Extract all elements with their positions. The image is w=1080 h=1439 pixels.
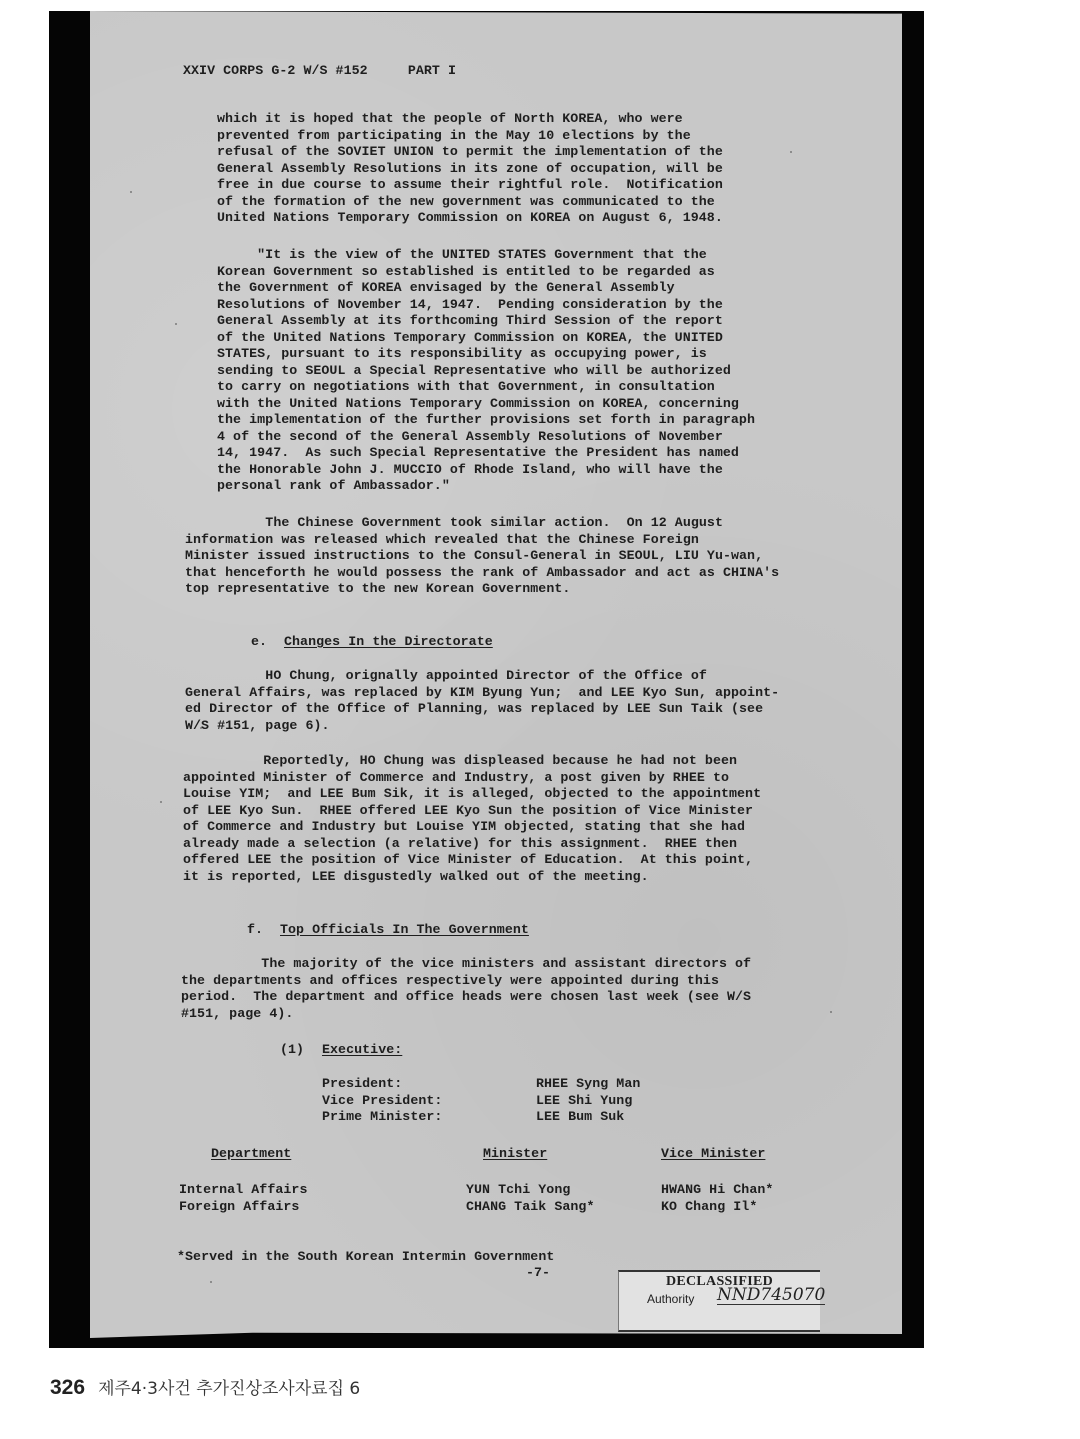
text-line: the departments and offices respectively… (181, 973, 719, 990)
text-line: "It is the view of the UNITED STATES Gov… (217, 247, 707, 264)
text-line: STATES, pursuant to its responsibility a… (217, 346, 707, 363)
text-line: #151, page 4). (181, 1006, 293, 1023)
text-line: W/S #151, page 6). (185, 718, 330, 735)
text-line: The Chinese Government took similar acti… (185, 515, 723, 532)
text-line: sending to SEOUL a Special Representativ… (217, 363, 731, 380)
text-line: the Government of KOREA envisaged by the… (217, 280, 675, 297)
executive-name: LEE Bum Suk (536, 1109, 624, 1126)
executive-role: President: (322, 1076, 402, 1093)
text-line: General Assembly at its forthcoming Thir… (217, 313, 723, 330)
text-line: which it is hoped that the people of Nor… (217, 111, 683, 128)
paper-speck (130, 191, 132, 193)
table-cell: KO Chang Il* (661, 1199, 757, 1216)
paper-speck (790, 151, 792, 153)
text-line: Reportedly, HO Chung was displeased beca… (183, 753, 737, 770)
book-footer: 326 제주4·3사건 추가진상조사자료집 6 (50, 1374, 360, 1400)
text-line: free in due course to assume their right… (217, 177, 723, 194)
text-line: of Commerce and Industry but Louise YIM … (183, 819, 745, 836)
table-header-minister: Minister (483, 1146, 547, 1163)
text-line: HO Chung, orignally appointed Director o… (185, 668, 707, 685)
text-line: to carry on negotiations with that Gover… (217, 379, 715, 396)
subsection-number: (1) (280, 1042, 304, 1059)
table-header-department: Department (211, 1146, 291, 1163)
document-page: XXIV CORPS G-2 W/S #152 PART I which it … (90, 11, 902, 1338)
text-line: of the formation of the new government w… (217, 194, 715, 211)
declassified-stamp: DECLASSIFIED Authority NND745070 (618, 1270, 820, 1332)
text-line: prevented from participating in the May … (217, 128, 691, 145)
paper-speck (210, 1281, 212, 1283)
text-line: appointed Minister of Commerce and Indus… (183, 770, 729, 787)
text-line: period. The department and office heads … (181, 989, 751, 1006)
subsection-heading: Executive: (322, 1042, 402, 1059)
text-line: refusal of the SOVIET UNION to permit th… (217, 144, 723, 161)
table-header-vice-minister: Vice Minister (661, 1146, 765, 1163)
text-line: 14, 1947. As such Special Representative… (217, 445, 739, 462)
text-line: Minister issued instructions to the Cons… (185, 548, 763, 565)
text-line: it is reported, LEE disgustedly walked o… (183, 869, 649, 886)
text-line: Resolutions of November 14, 1947. Pendin… (217, 297, 723, 314)
text-line: Korean Government so established is enti… (217, 264, 715, 281)
stamp-authority-value: NND745070 (717, 1287, 825, 1305)
text-line: Louise YIM; and LEE Bum Sik, it is alleg… (183, 786, 761, 803)
table-cell: Internal Affairs (179, 1182, 307, 1199)
page-number: -7- (526, 1265, 550, 1282)
executive-role: Vice President: (322, 1093, 442, 1110)
executive-name: RHEE Syng Man (536, 1076, 640, 1093)
section-heading: Top Officials In The Government (280, 922, 529, 939)
paper-speck (175, 323, 177, 325)
text-line: the implementation of the further provis… (217, 412, 755, 429)
section-heading: Changes In the Directorate (284, 634, 493, 651)
text-line: that henceforth he would possess the ran… (185, 565, 779, 582)
text-line: with the United Nations Temporary Commis… (217, 396, 739, 413)
text-line: ed Director of the Office of Planning, w… (185, 701, 763, 718)
text-line: 4 of the second of the General Assembly … (217, 429, 723, 446)
text-line: top representative to the new Korean Gov… (185, 581, 570, 598)
section-letter: e. (251, 634, 267, 651)
book-title: 제주4·3사건 추가진상조사자료집 6 (98, 1379, 360, 1399)
text-line: offered LEE the position of Vice Ministe… (183, 852, 753, 869)
text-line: personal rank of Ambassador." (217, 478, 450, 495)
text-line: of LEE Kyo Sun. RHEE offered LEE Kyo Sun… (183, 803, 753, 820)
footnote: *Served in the South Korean Intermin Gov… (177, 1249, 554, 1266)
section-letter: f. (247, 922, 263, 939)
executive-role: Prime Minister: (322, 1109, 442, 1126)
paper-speck (200, 861, 202, 863)
photo-frame: XXIV CORPS G-2 W/S #152 PART I which it … (49, 11, 924, 1348)
text-line: General Assembly Resolutions in its zone… (217, 161, 723, 178)
table-cell: CHANG Taik Sang* (466, 1199, 594, 1216)
book-page-number: 326 (50, 1376, 85, 1399)
text-line: the Honorable John J. MUCCIO of Rhode Is… (217, 462, 723, 479)
table-cell: Foreign Affairs (179, 1199, 299, 1216)
stamp-authority-label: Authority (647, 1292, 694, 1306)
document-header: XXIV CORPS G-2 W/S #152 PART I (183, 63, 456, 80)
text-line: The majority of the vice ministers and a… (181, 956, 751, 973)
paper-speck (160, 801, 162, 803)
text-line: United Nations Temporary Commission on K… (217, 210, 723, 227)
paper-speck (200, 727, 202, 729)
text-line: General Affairs, was replaced by KIM Byu… (185, 685, 779, 702)
executive-name: LEE Shi Yung (536, 1093, 632, 1110)
paper-speck (830, 1011, 832, 1013)
text-line: already made a selection (a relative) fo… (183, 836, 737, 853)
text-line: information was released which revealed … (185, 532, 699, 549)
text-line: of the United Nations Temporary Commissi… (217, 330, 723, 347)
table-cell: HWANG Hi Chan* (661, 1182, 773, 1199)
table-cell: YUN Tchi Yong (466, 1182, 570, 1199)
